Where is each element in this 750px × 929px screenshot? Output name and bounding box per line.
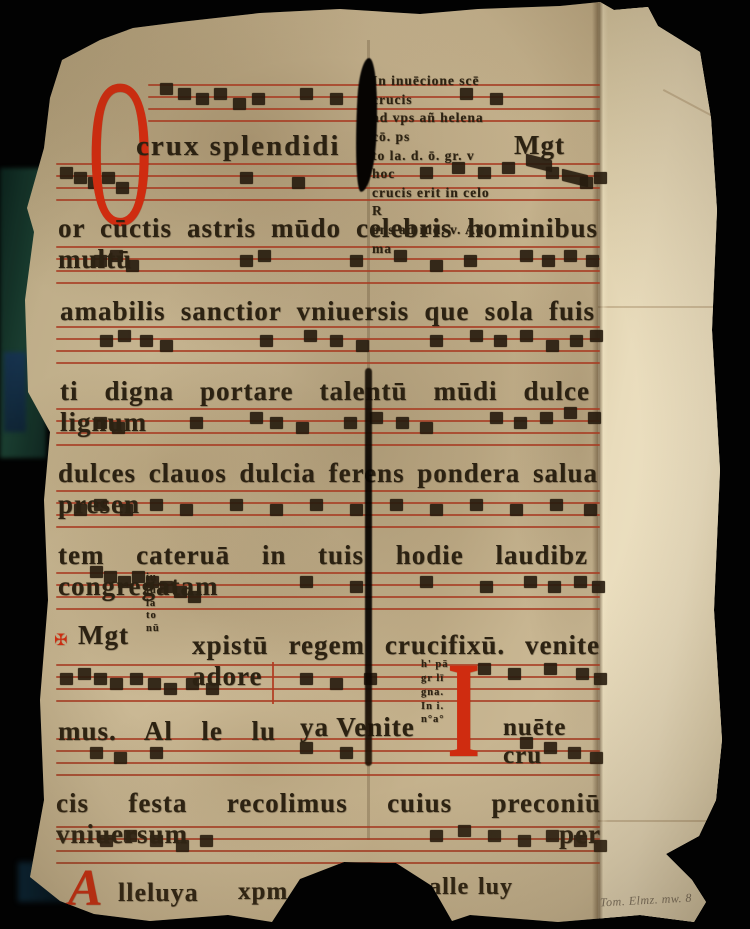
neume-note — [330, 335, 343, 347]
chant-line-9: cis festa recolimus cuius preconiū vniue… — [56, 788, 601, 850]
interlinear-column-a: iu iu la to nū — [146, 572, 160, 636]
neume-note — [150, 747, 163, 759]
under-leaf-blue-streak — [4, 352, 26, 432]
staff-line — [56, 774, 600, 776]
neume-note — [592, 581, 605, 593]
neume-note — [430, 335, 443, 347]
neume-note — [470, 330, 483, 342]
neume-note — [494, 335, 507, 347]
chant-line-7: xpistū regem crucifixū. venite adore — [192, 630, 600, 692]
neume-note — [502, 162, 515, 174]
neume-note — [594, 172, 607, 184]
neume-note — [94, 673, 107, 685]
chant-line-10a: lleluya — [118, 878, 199, 908]
neume-note — [178, 88, 191, 100]
staff-line — [56, 850, 600, 852]
staff-line — [56, 282, 600, 284]
neume-note — [60, 167, 73, 179]
photo-frame: Ocrux splendidiMgtIn inuēcione scē cruci… — [0, 0, 750, 929]
initial-a: A — [68, 868, 103, 910]
chant-line-8a: mus. Al le lu — [58, 716, 276, 747]
magnificat-cue-1: Mgt — [514, 130, 565, 161]
pencil-inscription: Tom. Elmz. mw. 8 — [600, 891, 693, 911]
chant-line-2: or cūctis astris mūdo celebris hominibus… — [58, 213, 598, 275]
neume-note — [520, 330, 533, 342]
neume-note — [100, 335, 113, 347]
staff-line — [56, 862, 600, 864]
magnificat-cue-2: Mgt — [78, 620, 129, 651]
chant-line-1: crux splendidi — [136, 130, 340, 163]
neume-note — [580, 177, 593, 189]
neume-note — [590, 330, 603, 342]
neume-note — [300, 742, 313, 754]
staff-line — [56, 444, 600, 446]
neume-note — [74, 172, 87, 184]
staff-line — [56, 700, 600, 702]
chant-line-3: amabilis sanctior vniuersis que sola fui… — [60, 296, 595, 327]
neume-note — [130, 673, 143, 685]
neume-note — [570, 335, 583, 347]
neume-note — [114, 752, 127, 764]
chant-line-10c: mr alle luy a — [388, 874, 513, 928]
staff-line — [56, 608, 600, 610]
neume-note — [292, 177, 305, 189]
chant-line-8b: ya Venite — [300, 712, 415, 743]
neume-note — [356, 340, 369, 352]
neume-note — [110, 678, 123, 690]
interlinear-column-b: h' pā gr lī gna. In i. n°a° — [421, 658, 448, 727]
fold-tear-shadow — [365, 368, 372, 766]
neume-note — [164, 683, 177, 695]
chant-line-6: tem cateruā in tuis hodie laudibz congre… — [58, 540, 588, 602]
rubric-cross: ✠ — [54, 630, 67, 649]
initial-i: I — [447, 656, 480, 764]
neume-note — [148, 678, 161, 690]
neume-note — [546, 340, 559, 352]
neume-note — [118, 330, 131, 342]
chant-line-8c: nuēte cru — [503, 714, 600, 770]
neume-note — [330, 93, 343, 105]
neume-note — [340, 747, 353, 759]
neume-note — [546, 167, 559, 179]
neume-note — [90, 747, 103, 759]
staff-line — [56, 350, 600, 352]
chant-line-10b: xpm regem cru — [238, 878, 413, 906]
neume-note — [304, 330, 317, 342]
staff-line — [56, 526, 600, 528]
staff-line — [56, 338, 600, 340]
faint-marginalia — [4, 146, 35, 158]
chant-line-4: ti digna portare talentū mūdi dulce lign… — [60, 376, 590, 438]
neume-note — [196, 93, 209, 105]
neume-note — [160, 83, 173, 95]
manuscript-leaf: Ocrux splendidiMgtIn inuēcione scē cruci… — [0, 0, 750, 929]
neume-note — [60, 673, 73, 685]
neume-note — [260, 335, 273, 347]
staff-line — [56, 362, 600, 364]
neume-note — [300, 88, 313, 100]
chant-line-5: dulces clauos dulcia ferens pondera salu… — [58, 458, 598, 520]
neume-note — [160, 340, 173, 352]
neume-note — [78, 668, 91, 680]
neume-note — [240, 172, 253, 184]
neume-note — [252, 93, 265, 105]
neume-note — [140, 335, 153, 347]
neume-note — [233, 98, 246, 110]
neume-note — [214, 88, 227, 100]
